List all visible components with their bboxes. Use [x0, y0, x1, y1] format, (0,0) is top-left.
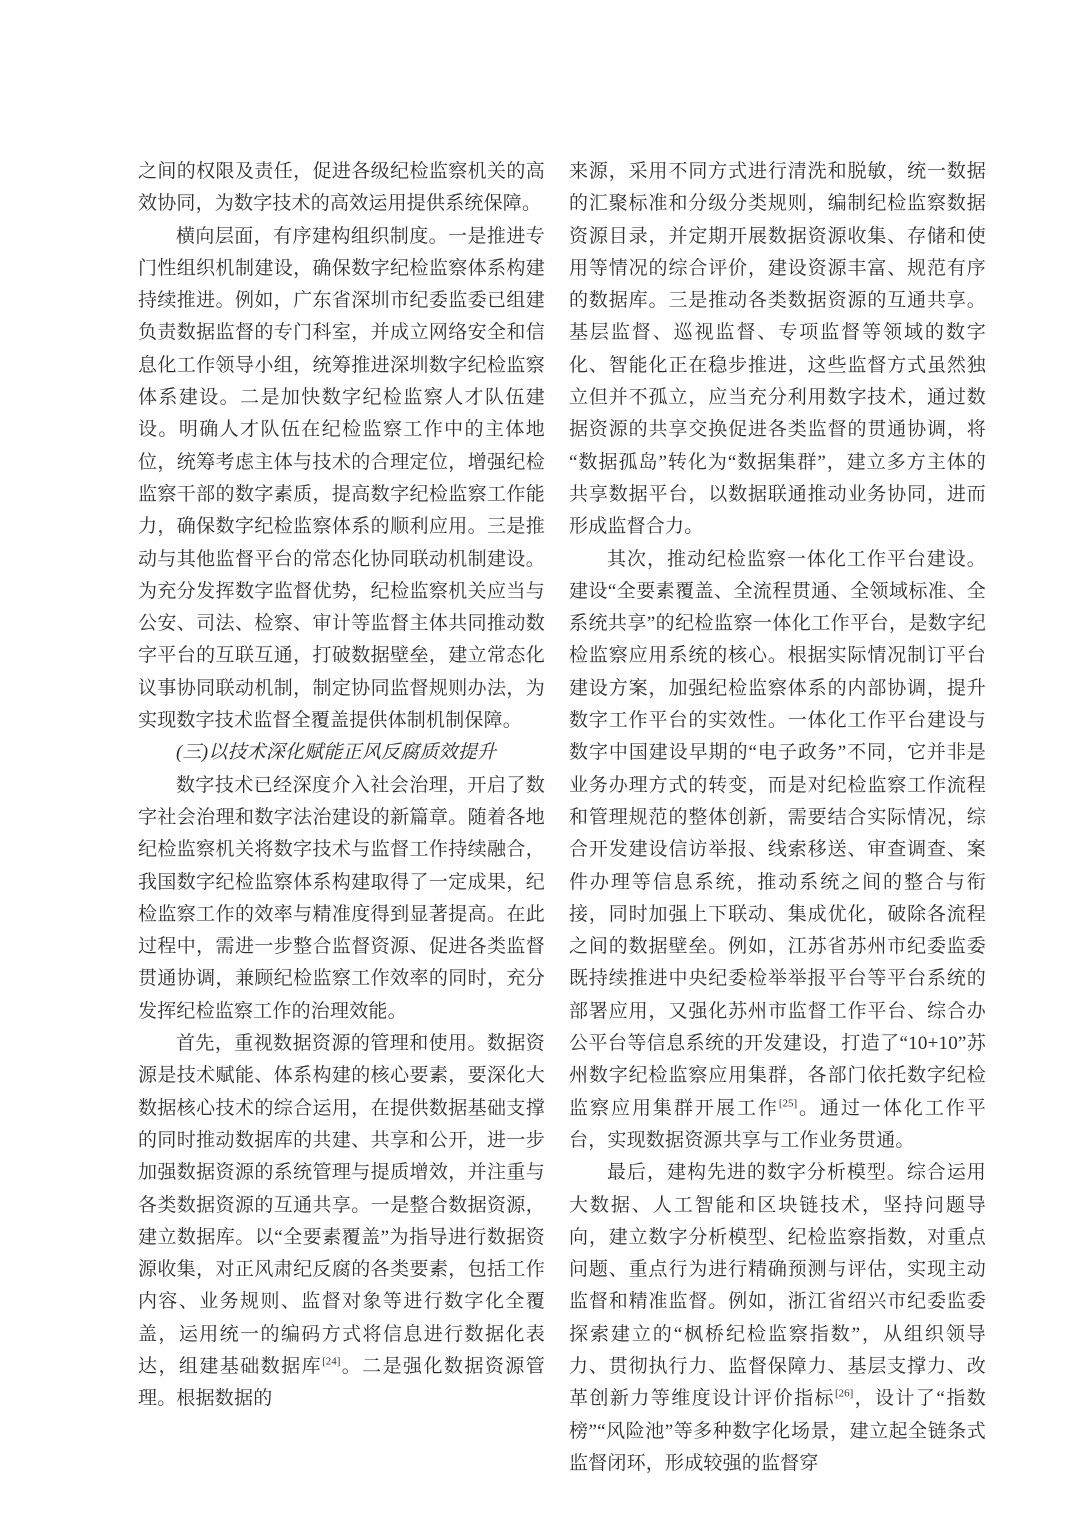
paragraph: 数字技术已经深度介入社会治理，开启了数字社会治理和数字法治建设的新篇章。随着各地… — [138, 770, 545, 1028]
citation-ref-24: [24] — [322, 1356, 340, 1368]
paragraph-text: 其次，推动纪检监察一体化工作平台建设。建设“全要素覆盖、全流程贯通、全领域标准、… — [569, 549, 986, 1119]
two-column-layout: 之间的权限及责任，促进各级纪检监察机关的高效协同，为数字技术的高效运用提供系统保… — [138, 156, 986, 1480]
paragraph: 横向层面，有序建构组织制度。一是推进专门性组织机制建设，确保数字纪检监察体系构建… — [138, 221, 545, 738]
paragraph-text: 最后，建构先进的数字分析模型。综合运用大数据、人工智能和区块链技术，坚持问题导向… — [569, 1162, 986, 1409]
paragraph-with-citation: 其次，推动纪检监察一体化工作平台建设。建设“全要素覆盖、全流程贯通、全领域标准、… — [569, 544, 986, 1158]
paragraph-with-citation: 首先，重视数据资源的管理和使用。数据资源是技术赋能、体系构建的核心要素，要深化大… — [138, 1028, 545, 1416]
left-column: 之间的权限及责任，促进各级纪检监察机关的高效协同，为数字技术的高效运用提供系统保… — [138, 156, 545, 1480]
paragraph-continuation: 来源，采用不同方式进行清洗和脱敏，统一数据的汇聚标准和分级分类规则，编制纪检监察… — [569, 156, 986, 544]
paragraph-continuation: 之间的权限及责任，促进各级纪检监察机关的高效协同，为数字技术的高效运用提供系统保… — [138, 156, 545, 221]
section-subheading: (三)以技术深化赋能正风反腐质效提升 — [138, 737, 545, 769]
right-column: 来源，采用不同方式进行清洗和脱敏，统一数据的汇聚标准和分级分类规则，编制纪检监察… — [569, 156, 986, 1480]
paragraph-with-citation: 最后，建构先进的数字分析模型。综合运用大数据、人工智能和区块链技术，坚持问题导向… — [569, 1157, 986, 1480]
document-page: 之间的权限及责任，促进各级纪检监察机关的高效协同，为数字技术的高效运用提供系统保… — [0, 0, 1080, 1517]
citation-ref-25: [25] — [779, 1097, 797, 1109]
paragraph-text: 首先，重视数据资源的管理和使用。数据资源是技术赋能、体系构建的核心要素，要深化大… — [138, 1033, 545, 1377]
citation-ref-26: [26] — [835, 1388, 853, 1400]
